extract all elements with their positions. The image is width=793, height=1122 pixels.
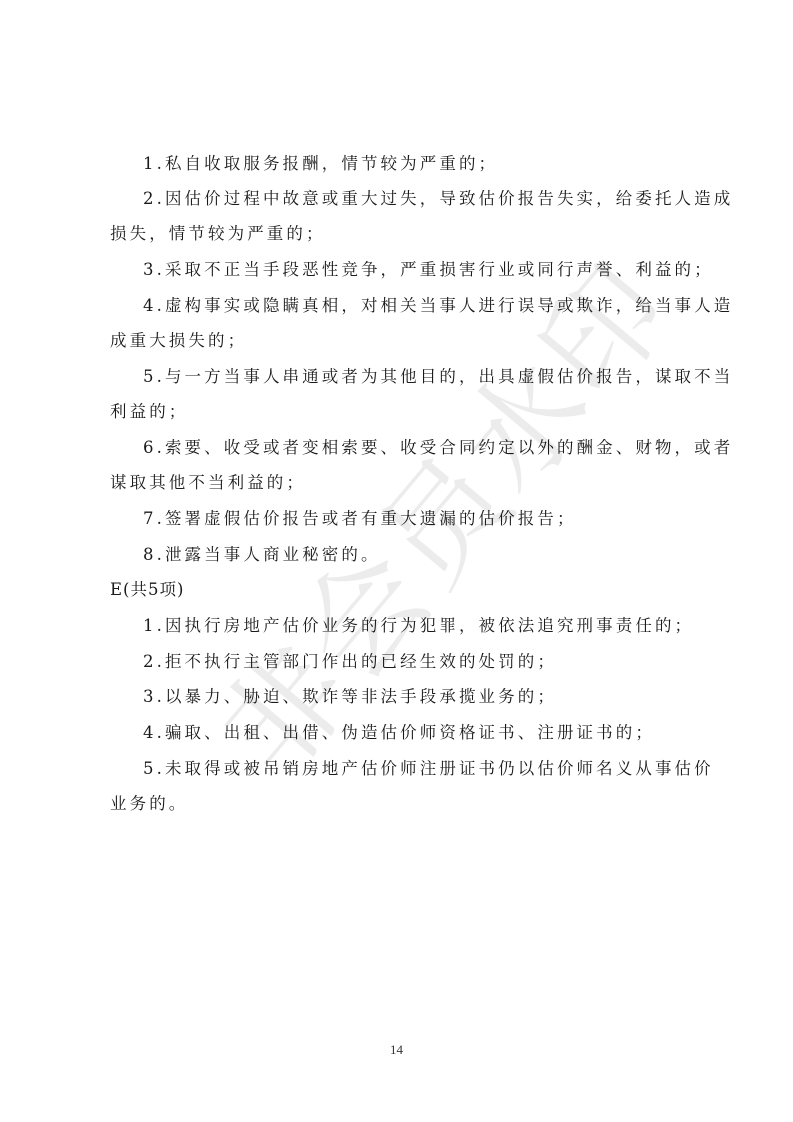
list-item-d2: 2.因估价过程中故意或重大过失，导致估价报告失实，给委托人造成 — [143, 189, 695, 209]
list-item-e5: 5.未取得或被吊销房地产估价师注册证书仍以估价师名义从事估价 — [143, 759, 695, 779]
list-item-d5: 5.与一方当事人串通或者为其他目的，出具虚假估价报告，谋取不当 — [143, 367, 695, 387]
list-item-e1: 1.因执行房地产估价业务的行为犯罪，被依法追究刑事责任的； — [143, 616, 695, 636]
list-item-d4: 4.虚构事实或隐瞒真相，对相关当事人进行误导或欺诈，给当事人造 — [143, 296, 695, 316]
list-item-e4: 4.骗取、出租、出借、伪造估价师资格证书、注册证书的； — [143, 723, 695, 743]
list-item-d6-cont: 谋取其他不当利益的； — [110, 473, 695, 493]
list-item-d1: 1.私自收取服务报酬，情节较为严重的； — [143, 154, 695, 174]
list-item-e2: 2.拒不执行主管部门作出的已经生效的处罚的； — [143, 652, 695, 672]
list-item-d4-cont: 成重大损失的； — [110, 331, 695, 351]
list-item-d8: 8.泄露当事人商业秘密的。 — [143, 545, 695, 565]
list-item-d6: 6.索要、收受或者变相索要、收受合同约定以外的酬金、财物，或者 — [143, 438, 695, 458]
list-item-e3: 3.以暴力、胁迫、欺诈等非法手段承揽业务的； — [143, 687, 695, 707]
list-item-d5-cont: 利益的； — [110, 402, 695, 422]
section-e-heading: E(共5项) — [110, 580, 695, 600]
page-number: 14 — [0, 1042, 793, 1058]
document-page: 非会员水印 1.私自收取服务报酬，情节较为严重的； 2.因估价过程中故意或重大过… — [0, 0, 793, 1122]
list-item-d2-cont: 损失，情节较为严重的； — [110, 224, 695, 244]
list-item-e5-cont: 业务的。 — [110, 794, 695, 814]
list-item-d7: 7.签署虚假估价报告或者有重大遗漏的估价报告； — [143, 509, 695, 529]
list-item-d3: 3.采取不正当手段恶性竞争，严重损害行业或同行声誉、利益的； — [143, 260, 695, 280]
